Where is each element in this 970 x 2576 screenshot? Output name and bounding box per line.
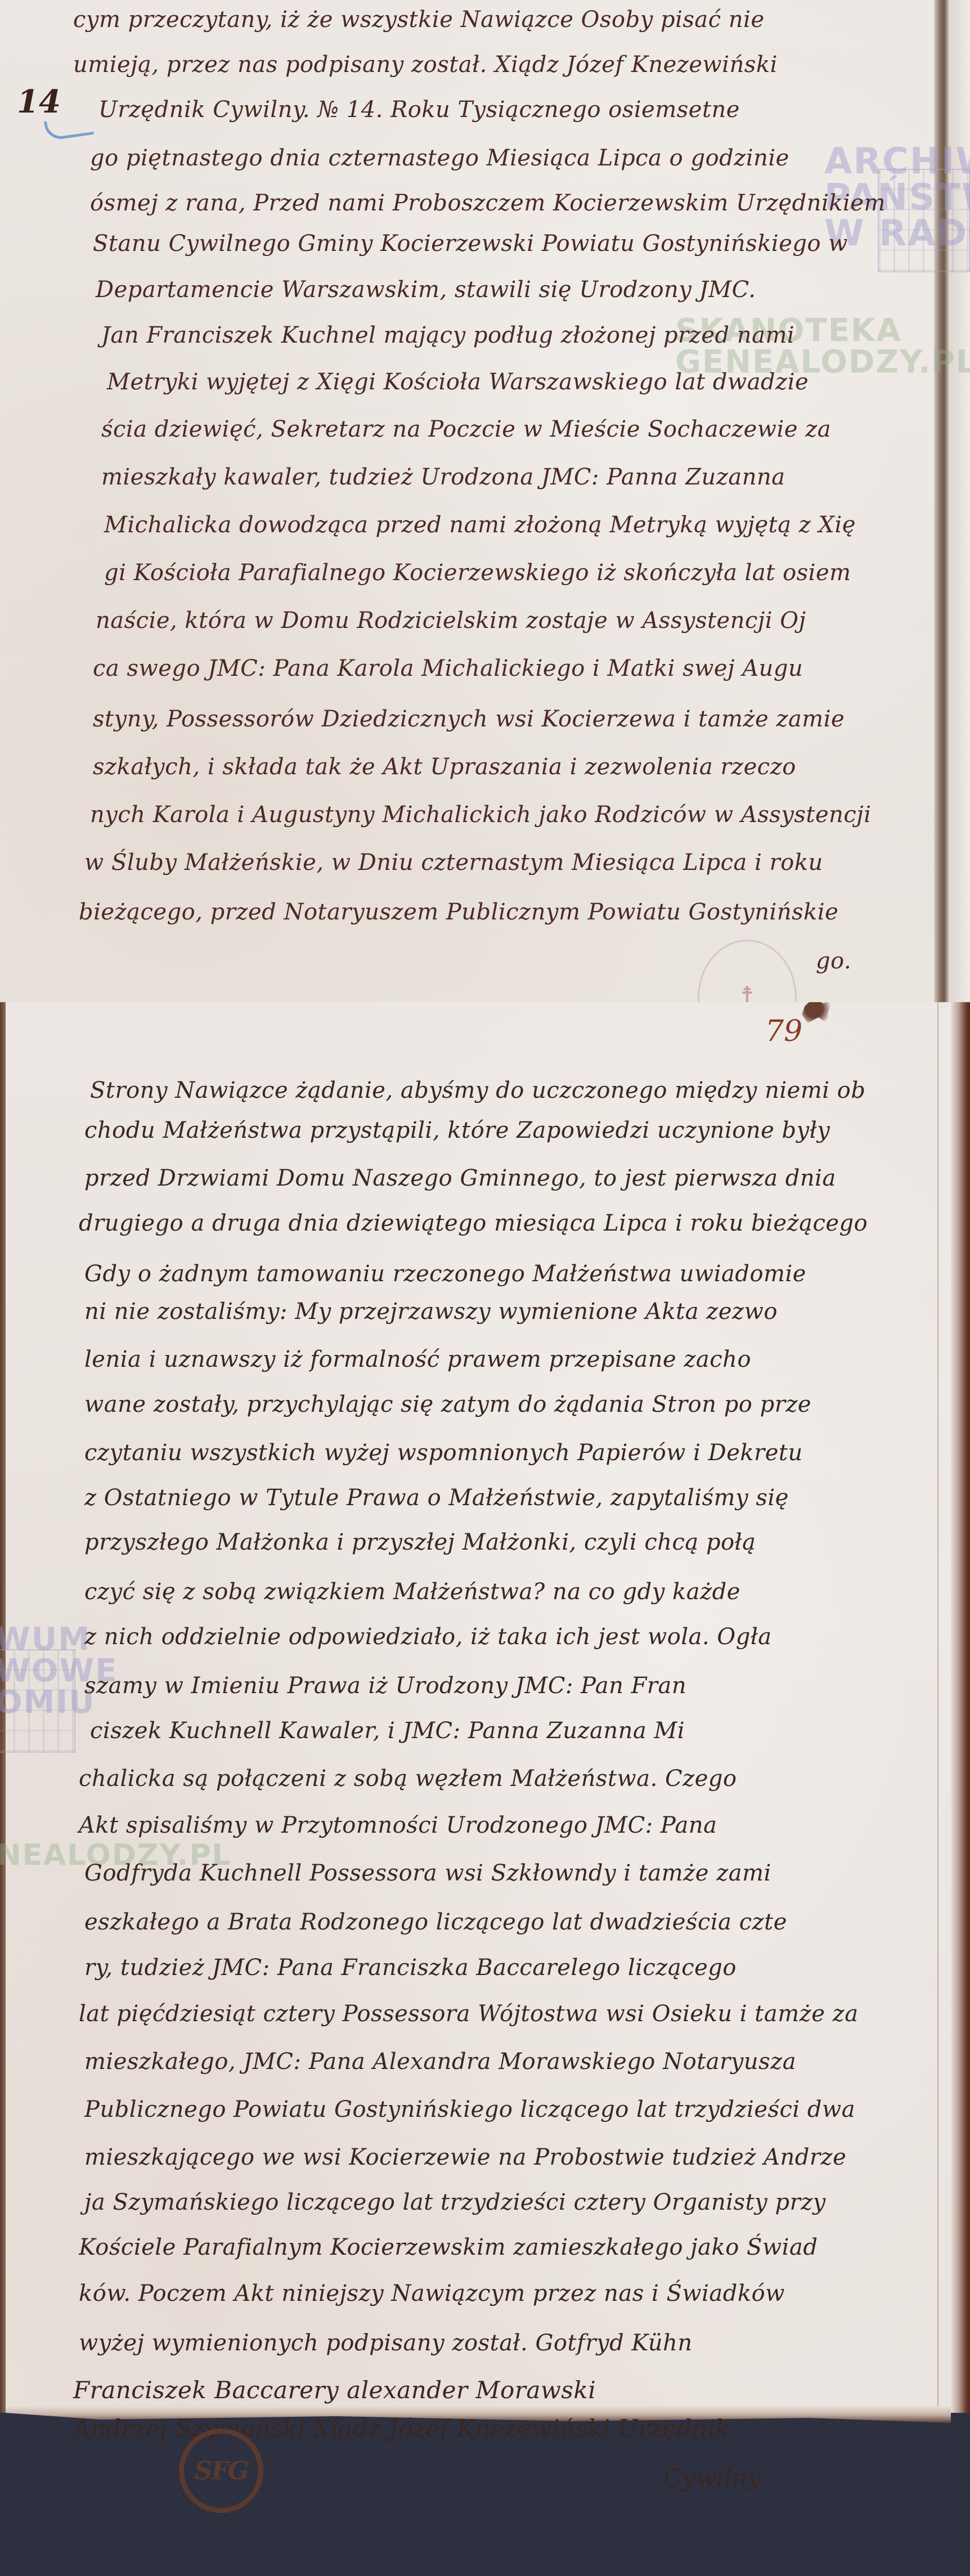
manuscript-page-1: ARCHIWUM PAŃSTWOWE W RADOMIU SKANOTEKA G… [0,0,970,1002]
text-line: Jan Franciszek Kuchnel mający podług zło… [101,322,794,348]
witness-signatures-line: Franciszek Baccarery alexander Morawski [73,2376,596,2404]
text-line: przed Drzwiami Domu Naszego Gminnego, to… [84,1165,836,1191]
manuscript-page-2: 79 WUM WOWE OMIU NEALODZY.PL Strony Nawi… [0,1002,970,2576]
text-line: chalicka są połączeni z sobą węzłem Małż… [79,1766,737,1792]
text-line: Metryki wyjętej z Xięgi Kościoła Warszaw… [107,369,809,395]
text-line: Publicznego Powiatu Gostynińskiego liczą… [84,2097,855,2122]
text-line: lat pięćdziesiąt cztery Possessora Wójto… [79,2001,859,2027]
text-line: szamy w Imieniu Prawa iż Urodzony JMC: P… [84,1673,686,1699]
archive-watermark-building-icon [0,1649,75,1753]
text-line: nych Karola i Augustyny Michalickich jak… [90,802,872,828]
book-binding-shadow [934,0,949,1002]
folio-number: 79 [765,1015,802,1048]
text-line: z Ostatniego w Tytule Prawa o Małżeństwi… [84,1485,789,1511]
text-line: drugiego a druga dnia dziewiątego miesią… [79,1210,868,1236]
text-line: przyszłego Małżonka i przyszłej Małżonki… [84,1529,756,1555]
ruled-margin-line [937,1002,938,2407]
text-line: mieszkałego, JMC: Pana Alexandra Morawsk… [84,2049,796,2075]
text-line: bieżącego, przed Notaryuszem Publicznym … [79,899,838,925]
text-line: Akt spisaliśmy w Przytomności Urodzonego… [79,1812,717,1838]
text-line: ja Szymańskiego liczącego lat trzydzieśc… [84,2189,826,2215]
text-line: ry, tudzież JMC: Pana Franciszka Baccare… [84,1955,737,1981]
text-line: szkałych, i składa tak że Akt Upraszania… [93,754,796,780]
margin-entry-number: 14 [17,83,61,120]
text-line: ciszek Kuchnell Kawaler, i JMC: Panna Zu… [90,1718,685,1744]
text-line: ścia dziewięć, Sekretarz na Poczcie w Mi… [101,416,831,442]
text-line: lenia i uznawszy iż formalność prawem pr… [84,1347,751,1372]
text-line: ósmej z rana, Przed nami Proboszczem Koc… [90,190,886,216]
text-line: chodu Małżeństwa przystąpili, które Zapo… [84,1118,830,1143]
archive-watermark-building-icon [878,169,970,272]
text-line: ków. Poczem Akt niniejszy Nawiązcym prze… [79,2281,785,2306]
book-cover-edge [951,1002,970,2576]
text-line: go. [816,948,851,974]
text-line: czytaniu wszystkich wyżej wspomnionych P… [84,1440,803,1466]
officiant-signature-line: Andrzej Szymański Xiądz Józef Knezewińsk… [73,2415,730,2442]
text-line: Gdy o żadnym tamowaniu rzeczonego Małżeń… [84,1261,806,1287]
page-left-edge [0,1002,6,2576]
text-line: styny, Possessorów Dziedzicznych wsi Koc… [93,706,845,732]
text-line: mieszkały kawaler, tudzież Urodzona JMC:… [101,464,785,490]
text-line: Michalicka dowodząca przed nami złożoną … [104,512,856,538]
text-line: Urzędnik Cywilny. № 14. Roku Tysiącznego… [98,97,740,123]
text-line: ca swego JMC: Pana Karola Michalickiego … [93,656,803,681]
text-line: wyżej wymienionych podpisany został. Got… [79,2330,693,2356]
text-line: Departamencie Warszawskim, stawili się U… [96,277,756,303]
text-line: Kościele Parafialnym Kocierzewskim zamie… [79,2234,818,2260]
text-line: ni nie zostaliśmy: My przejrzawszy wymie… [84,1299,778,1325]
text-line: w Śluby Małżeńskie, w Dniu czternastym M… [84,850,823,876]
text-line: z nich oddzielnie odpowiedziało, iż taka… [84,1624,772,1650]
text-line: eszkałego a Brata Rodzonego liczącego la… [84,1909,787,1935]
text-line: gi Kościoła Parafialnego Kocierzewskiego… [104,560,851,586]
text-line: Stanu Cywilnego Gminy Kocierzewski Powia… [93,231,848,257]
text-line: naście, która w Domu Rodzicielskim zosta… [96,608,806,634]
text-line: Godfryda Kuchnell Possessora wsi Szkłown… [84,1860,771,1886]
text-line: cym przeczytany, iż że wszystkie Nawiązc… [73,7,765,33]
parish-seal-stamp: SFG [179,2429,263,2513]
text-line: mieszkającego we wsi Kocierzewie na Prob… [84,2144,846,2170]
text-line: umieją, przez nas podpisany został. Xiąd… [73,52,778,78]
text-line: Strony Nawiązce żądanie, abyśmy do uczcz… [90,1078,865,1103]
text-line: wane zostały, przychylając się zatym do … [84,1392,811,1417]
officiant-title: Cywilny [664,2464,761,2492]
text-line: go piętnastego dnia czternastego Miesiąc… [90,145,789,171]
text-line: czyć się z sobą związkiem Małżeństwa? na… [84,1579,740,1605]
adjacent-page-edge [949,0,970,1002]
